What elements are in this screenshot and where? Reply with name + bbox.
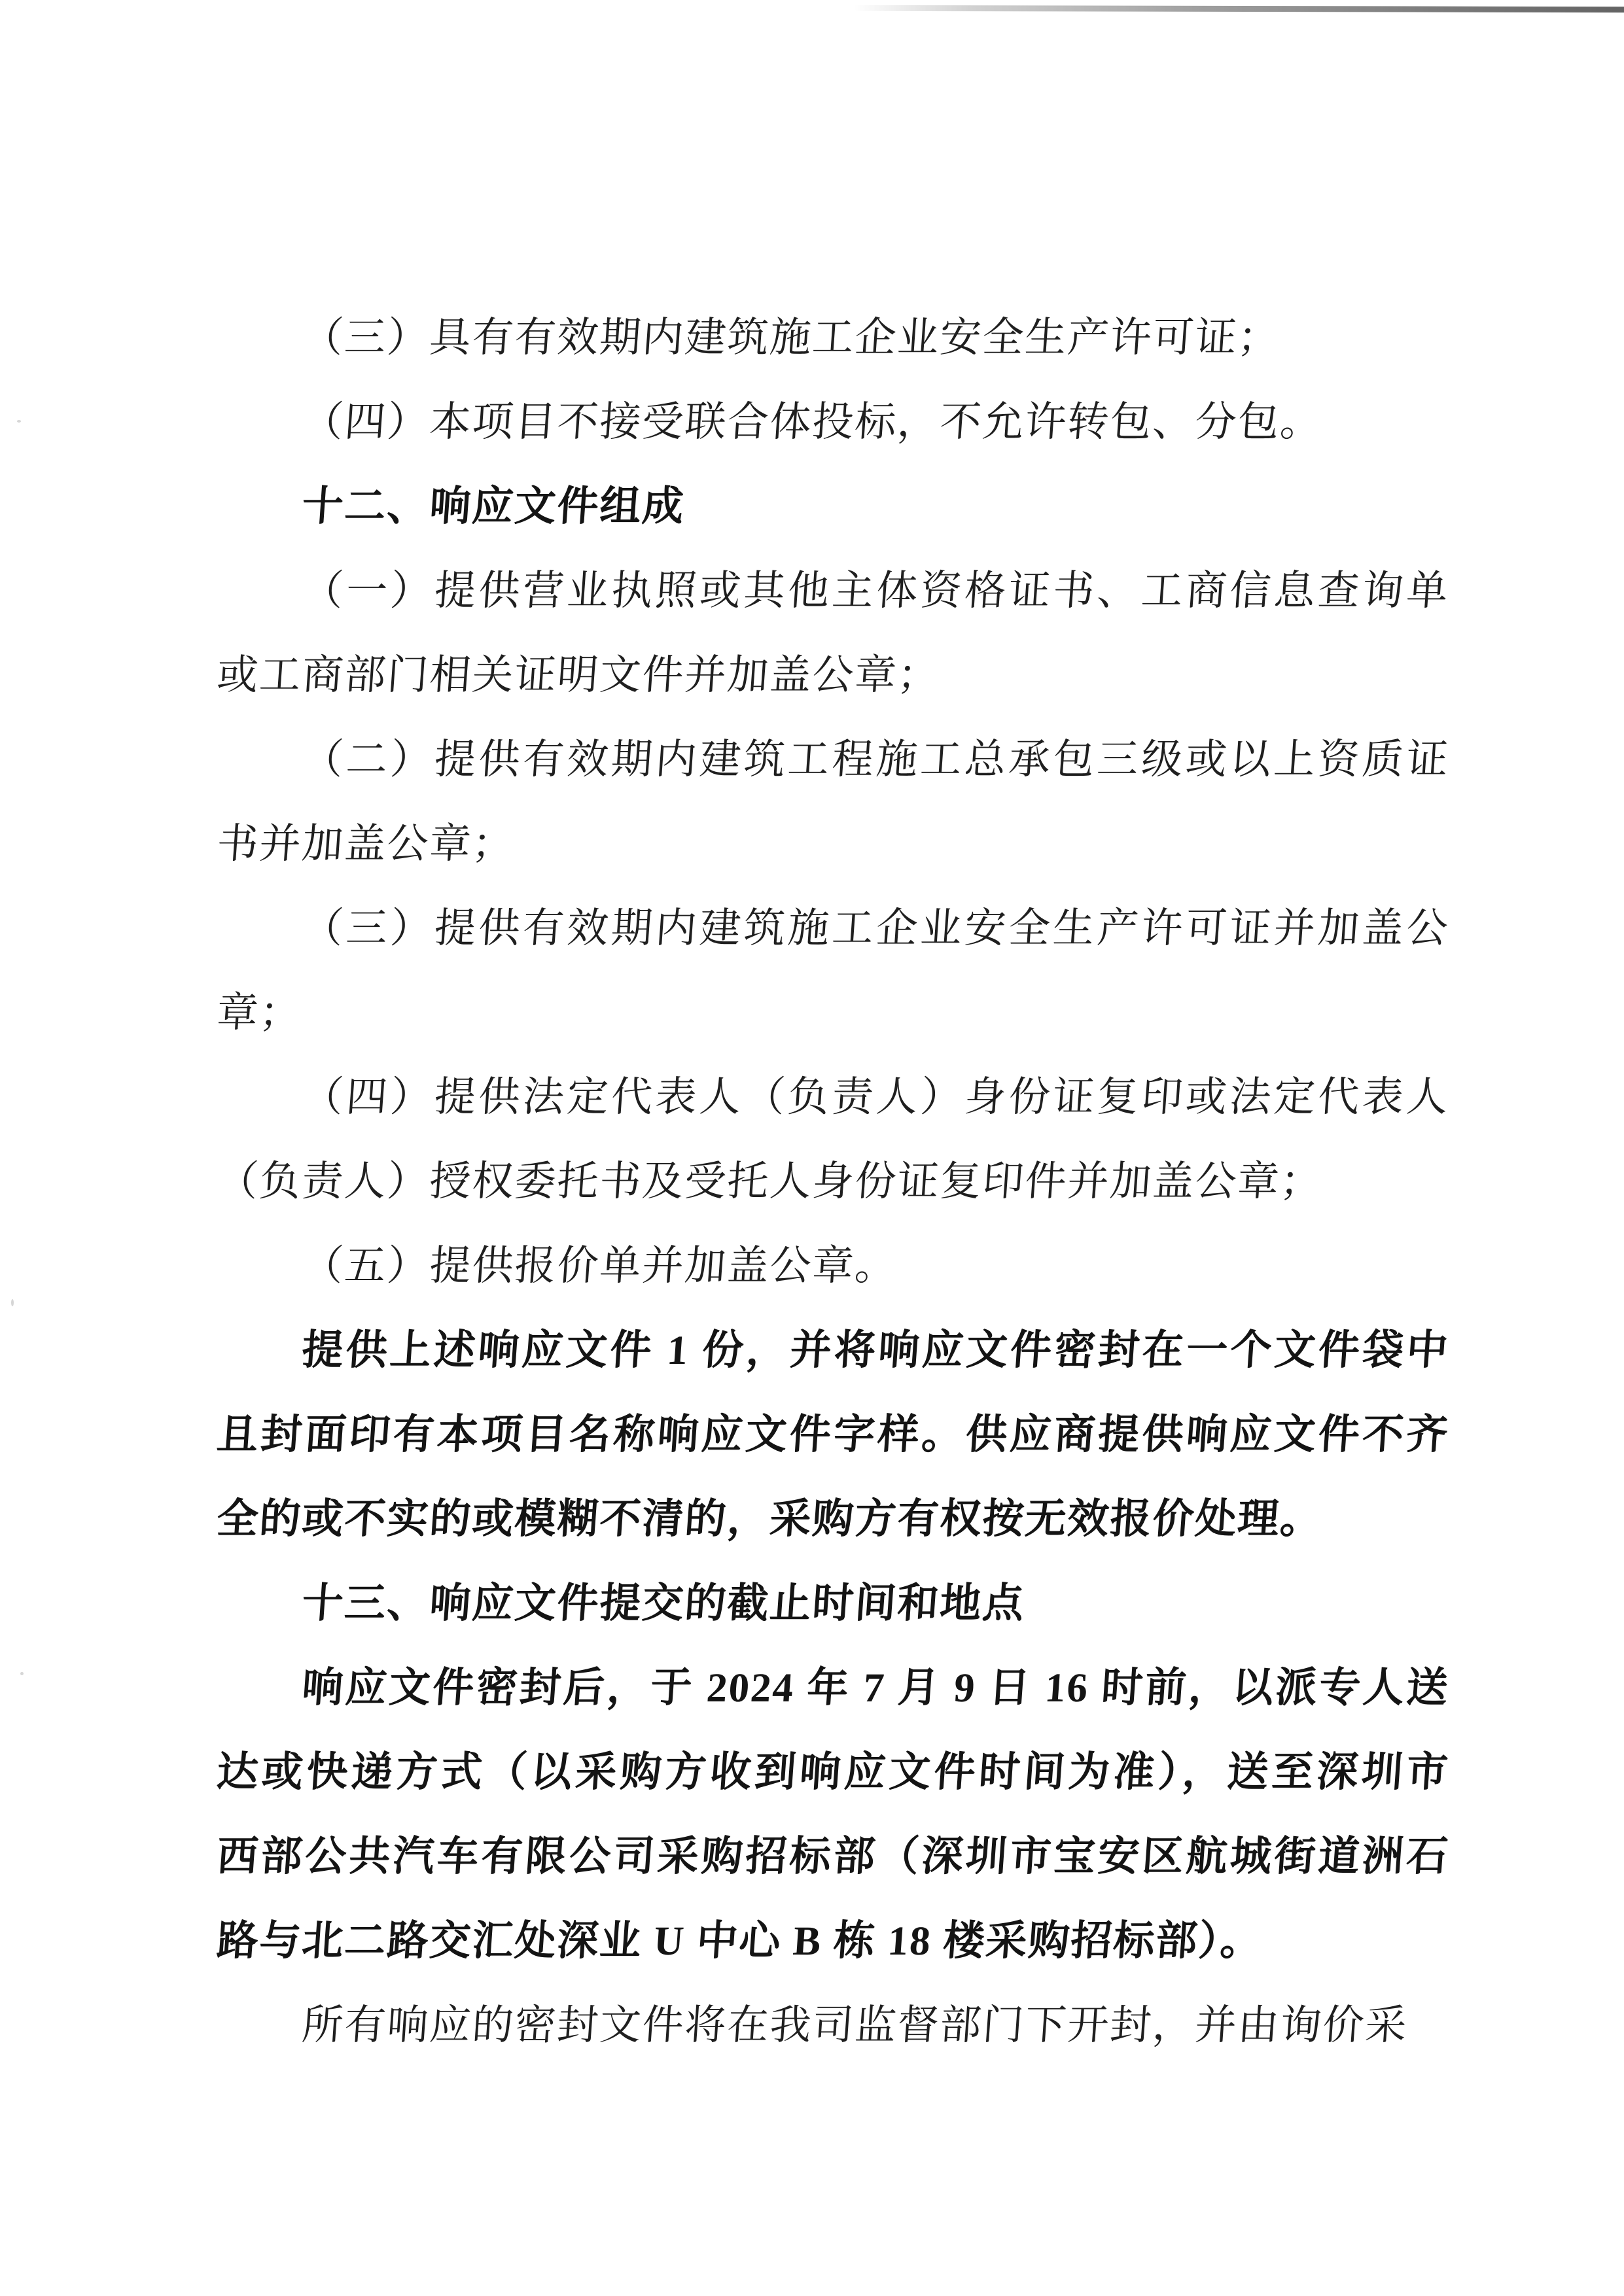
deadline-line-c: 西部公共汽车有限公司采购招标部（深圳市宝安区航城街道洲石 bbox=[214, 1815, 1452, 1899]
deadline-line-b: 达或快递方式（以采购方收到响应文件时间为准），送至深圳市 bbox=[214, 1730, 1452, 1815]
section-heading-12: 十二、响应文件组成 bbox=[214, 464, 1452, 549]
scan-speck bbox=[20, 1672, 24, 1675]
sealing-note-line-c: 全的或不实的或模糊不清的，采购方有权按无效报价处理。 bbox=[214, 1477, 1452, 1561]
clause-11-item-3: （三）具有有效期内建筑施工企业安全生产许可证； bbox=[214, 296, 1452, 380]
scanned-document-page: （三）具有有效期内建筑施工企业安全生产许可证； （四）本项目不接受联合体投标，不… bbox=[0, 0, 1624, 2296]
section-heading-13: 十三、响应文件提交的截止时间和地点 bbox=[214, 1561, 1452, 1646]
scanner-streak-artifact bbox=[854, 5, 1624, 12]
item-1-line-b: 或工商部门相关证明文件并加盖公章； bbox=[214, 633, 1452, 718]
scan-speck bbox=[17, 420, 21, 423]
scan-speck bbox=[11, 1299, 14, 1306]
item-4-line-a: （四）提供法定代表人（负责人）身份证复印或法定代表人 bbox=[214, 1055, 1452, 1139]
clause-11-item-4: （四）本项目不接受联合体投标，不允许转包、分包。 bbox=[214, 380, 1452, 464]
sealing-note-line-b: 且封面印有本项目名称响应文件字样。供应商提供响应文件不齐 bbox=[214, 1393, 1452, 1477]
item-2-line-a: （二）提供有效期内建筑工程施工总承包三级或以上资质证 bbox=[214, 718, 1452, 802]
item-3-line-b: 章； bbox=[214, 971, 1452, 1055]
document-text-block: （三）具有有效期内建筑施工企业安全生产许可证； （四）本项目不接受联合体投标，不… bbox=[214, 296, 1446, 2068]
item-3-line-a: （三）提供有效期内建筑施工企业安全生产许可证并加盖公 bbox=[214, 886, 1452, 971]
item-4-line-b: （负责人）授权委托书及受托人身份证复印件并加盖公章； bbox=[214, 1139, 1452, 1224]
item-1-line-a: （一）提供营业执照或其他主体资格证书、工商信息查询单 bbox=[214, 549, 1452, 633]
sealing-note-line-a: 提供上述响应文件 1 份，并将响应文件密封在一个文件袋中 bbox=[214, 1308, 1452, 1393]
item-2-line-b: 书并加盖公章； bbox=[214, 802, 1452, 886]
item-5-line: （五）提供报价单并加盖公章。 bbox=[214, 1224, 1452, 1308]
opening-note-line: 所有响应的密封文件将在我司监督部门下开封，并由询价采 bbox=[214, 1983, 1452, 2068]
deadline-line-d: 路与北二路交汇处深业 U 中心 B 栋 18 楼采购招标部）。 bbox=[214, 1899, 1452, 1983]
deadline-line-a: 响应文件密封后，于 2024 年 7 月 9 日 16 时前，以派专人送 bbox=[214, 1646, 1452, 1730]
